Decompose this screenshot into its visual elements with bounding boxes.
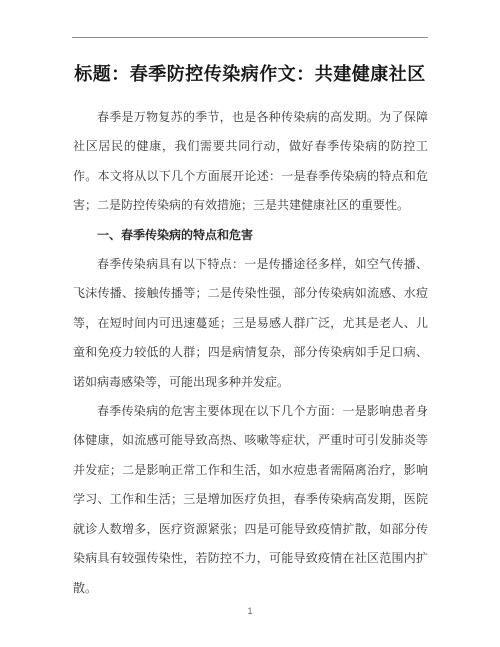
- page-number: 1: [0, 604, 500, 618]
- document-title: 标题：春季防控传染病作文：共建健康社区: [72, 61, 428, 88]
- intro-paragraph: 春季是万物复苏的季节，也是各种传染病的高发期。为了保障社区居民的健康，我们需要共…: [73, 103, 428, 221]
- header-rule: [72, 37, 428, 38]
- document-page: 标题：春季防控传染病作文：共建健康社区 春季是万物复苏的季节，也是各种传染病的高…: [0, 0, 500, 647]
- characteristics-paragraph: 春季传染病具有以下特点：一是传播途径多样，如空气传播、飞沫传播、接触传播等；二是…: [73, 250, 428, 397]
- section-heading-characteristics: 一、春季传染病的特点和危害: [73, 221, 428, 250]
- harms-paragraph: 春季传染病的危害主要体现在以下几个方面：一是影响患者身体健康，如流感可能导致高热…: [73, 397, 428, 603]
- document-body: 春季是万物复苏的季节，也是各种传染病的高发期。为了保障社区居民的健康，我们需要共…: [73, 103, 428, 603]
